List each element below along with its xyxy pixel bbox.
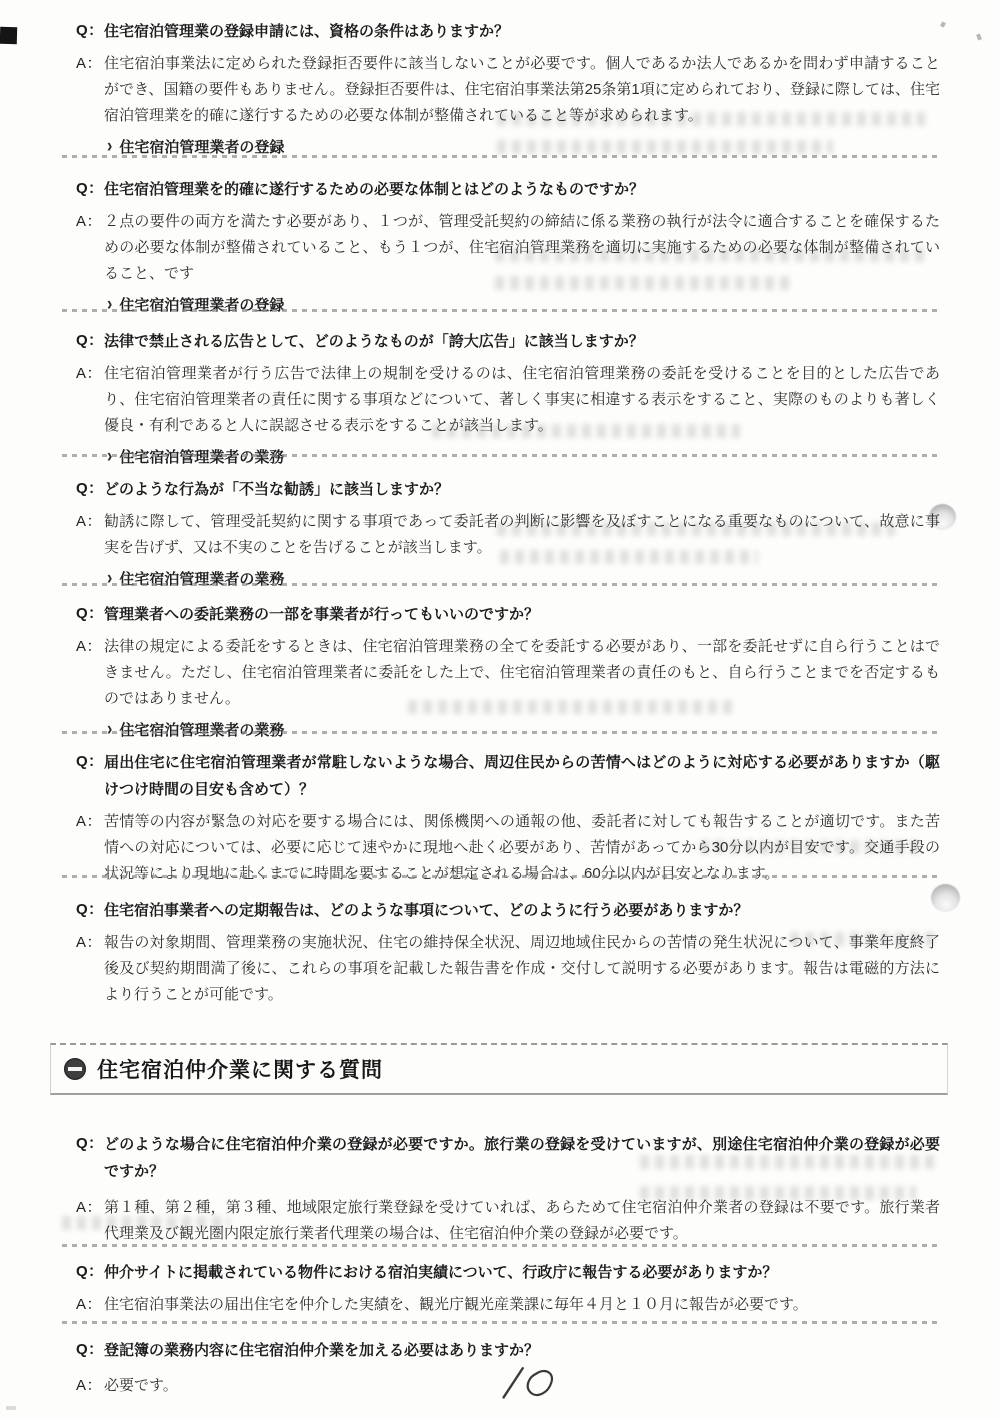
- a-label: A：: [76, 361, 104, 387]
- q-label: Q：: [76, 476, 104, 502]
- chevron-right-icon: ›: [107, 294, 112, 316]
- a-label: A：: [76, 930, 104, 956]
- qa-block: Q： 仲介サイトに掲載されている物件における宿泊実績について、行政庁に報告する必…: [76, 1259, 940, 1318]
- q-label: Q：: [76, 749, 104, 775]
- a-label: A：: [76, 1195, 104, 1221]
- dashed-divider: [62, 583, 938, 586]
- answer-row: A： 第１種、第２種，第３種、地域限定旅行業登録を受けていれば、あらためて住宅宿…: [76, 1195, 940, 1247]
- handwritten-page-number: 10: [495, 1357, 564, 1413]
- scan-speck: [940, 21, 946, 27]
- dashed-divider: [62, 731, 938, 734]
- question-row: Q： 住宅宿泊管理業の登録申請には、資格の条件はありますか？: [76, 18, 940, 45]
- answer-row: A： 住宅宿泊事業法に定められた登録拒否要件に該当しないことが必要です。個人であ…: [76, 51, 940, 129]
- qa-block: Q： 住宅宿泊事業者への定期報告は、どのような事項について、どのように行う必要が…: [76, 897, 940, 1008]
- minus-bar: [68, 1067, 82, 1071]
- question-text: 住宅宿泊管理業の登録申請には、資格の条件はありますか？: [104, 18, 940, 45]
- question-text: どのような場合に住宅宿泊仲介業の登録が必要ですか。旅行業の登録を受けていますが、…: [104, 1131, 940, 1185]
- answer-text: 住宅宿泊事業法に定められた登録拒否要件に該当しないことが必要です。個人であるか法…: [104, 51, 940, 129]
- answer-text: 勧誘に際して、管理受託契約に関する事項であって委託者の判断に影響を及ぼすことにな…: [104, 509, 940, 561]
- answer-text: 法律の規定による委託をするときは、住宅宿泊管理業務の全てを委託する必要があり、一…: [104, 634, 940, 712]
- qa-block: Q： どのような行為が「不当な勧誘」に該当しますか？ A： 勧誘に際して、管理受…: [76, 476, 940, 589]
- answer-text: 報告の対象期間、管理業務の実施状況、住宅の維持保全状況、周辺地域住民からの苦情の…: [104, 930, 940, 1008]
- question-text: どのような行為が「不当な勧誘」に該当しますか？: [104, 476, 940, 503]
- qa-block: Q： 届出住宅に住宅宿泊管理業者が常駐しないような場合、周辺住民からの苦情へはど…: [76, 749, 940, 887]
- question-text: 住宅宿泊事業者への定期報告は、どのような事項について、どのように行う必要がありま…: [104, 897, 940, 924]
- section-title: 住宅宿泊仲介業に関する質問: [97, 1054, 383, 1084]
- question-row: Q： 仲介サイトに掲載されている物件における宿泊実績について、行政庁に報告する必…: [76, 1259, 940, 1286]
- chevron-right-icon: ›: [107, 568, 112, 590]
- a-label: A：: [76, 809, 104, 835]
- question-text: 法律で禁止される広告として、どのようなものが「誇大広告」に該当しますか？: [104, 328, 940, 355]
- q-label: Q：: [76, 18, 104, 44]
- q-label: Q：: [76, 1337, 104, 1363]
- question-text: 仲介サイトに掲載されている物件における宿泊実績について、行政庁に報告する必要があ…: [104, 1259, 940, 1286]
- question-text: 住宅宿泊管理業を的確に遂行するための必要な体制とはどのようなものですか？: [104, 176, 940, 203]
- dashed-divider: [62, 155, 938, 158]
- scan-speck: [976, 33, 982, 40]
- scan-edge-mark: [0, 27, 17, 44]
- question-row: Q： 届出住宅に住宅宿泊管理業者が常駐しないような場合、周辺住民からの苦情へはど…: [76, 749, 940, 803]
- scanned-faq-page: Q： 住宅宿泊管理業の登録申請には、資格の条件はありますか？ A： 住宅宿泊事業…: [0, 0, 1000, 1418]
- q-label: Q：: [76, 1259, 104, 1285]
- related-link: › 住宅宿泊管理業者の業務: [76, 719, 940, 740]
- qa-block: Q： 住宅宿泊管理業の登録申請には、資格の条件はありますか？ A： 住宅宿泊事業…: [76, 18, 940, 157]
- answer-row: A： 勧誘に際して、管理受託契約に関する事項であって委託者の判断に影響を及ぼすこ…: [76, 509, 940, 561]
- qa-block: Q： どのような場合に住宅宿泊仲介業の登録が必要ですか。旅行業の登録を受けていま…: [76, 1131, 940, 1247]
- dashed-divider: [62, 1244, 938, 1247]
- question-row: Q： 管理業者への委託業務の一部を事業者が行ってもいいのですか？: [76, 601, 940, 628]
- dashed-divider: [62, 875, 938, 878]
- a-label: A：: [76, 509, 104, 535]
- question-row: Q： 法律で禁止される広告として、どのようなものが「誇大広告」に該当しますか？: [76, 328, 940, 355]
- chevron-right-icon: ›: [107, 719, 112, 741]
- question-row: Q： 住宅宿泊管理業を的確に遂行するための必要な体制とはどのようなものですか？: [76, 176, 940, 203]
- question-row: Q： どのような行為が「不当な勧誘」に該当しますか？: [76, 476, 940, 503]
- scan-speck: [6, 1406, 16, 1410]
- answer-text: 住宅宿泊事業法の届出住宅を仲介した実績を、観光庁観光産業課に毎年４月と１０月に報…: [104, 1292, 940, 1318]
- handwritten-number-strokes: [495, 1357, 564, 1413]
- answer-row: A： 住宅宿泊管理業者が行う広告で法律上の規制を受けるのは、住宅宿泊管理業務の委…: [76, 361, 940, 439]
- answer-row: A： 報告の対象期間、管理業務の実施状況、住宅の維持保全状況、周辺地域住民からの…: [76, 930, 940, 1008]
- a-label: A：: [76, 1292, 104, 1318]
- question-row: Q： 住宅宿泊事業者への定期報告は、どのような事項について、どのように行う必要が…: [76, 897, 940, 924]
- a-label: A：: [76, 209, 104, 235]
- q-label: Q：: [76, 176, 104, 202]
- answer-text: 第１種、第２種，第３種、地域限定旅行業登録を受けていれば、あらためて住宅宿泊仲介…: [104, 1195, 940, 1247]
- qa-block: Q： 法律で禁止される広告として、どのようなものが「誇大広告」に該当しますか？ …: [76, 328, 940, 467]
- section-header: 住宅宿泊仲介業に関する質問: [50, 1043, 948, 1095]
- answer-row: A： 法律の規定による委託をするときは、住宅宿泊管理業務の全てを委託する必要があ…: [76, 634, 940, 712]
- question-text: 届出住宅に住宅宿泊管理業者が常駐しないような場合、周辺住民からの苦情へはどのよう…: [104, 749, 940, 803]
- dashed-divider: [62, 309, 938, 312]
- q-label: Q：: [76, 897, 104, 923]
- question-row: Q： どのような場合に住宅宿泊仲介業の登録が必要ですか。旅行業の登録を受けていま…: [76, 1131, 940, 1185]
- question-text: 管理業者への委託業務の一部を事業者が行ってもいいのですか？: [104, 601, 940, 628]
- qa-block: Q： 住宅宿泊管理業を的確に遂行するための必要な体制とはどのようなものですか？ …: [76, 176, 940, 315]
- answer-text: ２点の要件の両方を満たす必要があり、１つが、管理受託契約の締結に係る業務の執行が…: [104, 209, 940, 287]
- q-label: Q：: [76, 1131, 104, 1157]
- related-link: › 住宅宿泊管理業者の登録: [76, 136, 940, 157]
- answer-row: A： ２点の要件の両方を満たす必要があり、１つが、管理受託契約の締結に係る業務の…: [76, 209, 940, 287]
- q-label: Q：: [76, 601, 104, 627]
- a-label: A：: [76, 634, 104, 660]
- a-label: A：: [76, 1373, 104, 1399]
- minus-circle-icon: [64, 1058, 86, 1080]
- answer-text: 住宅宿泊管理業者が行う広告で法律上の規制を受けるのは、住宅宿泊管理業務の委託を受…: [104, 361, 940, 439]
- related-link-label: 住宅宿泊管理業者の登録: [119, 136, 284, 157]
- answer-row: A： 住宅宿泊事業法の届出住宅を仲介した実績を、観光庁観光産業課に毎年４月と１０…: [76, 1292, 940, 1318]
- dashed-divider: [62, 454, 938, 457]
- qa-block: Q： 管理業者への委託業務の一部を事業者が行ってもいいのですか？ A： 法律の規…: [76, 601, 940, 740]
- related-link-label: 住宅宿泊管理業者の業務: [119, 719, 284, 740]
- a-label: A：: [76, 51, 104, 77]
- q-label: Q：: [76, 328, 104, 354]
- dashed-divider: [62, 1321, 938, 1324]
